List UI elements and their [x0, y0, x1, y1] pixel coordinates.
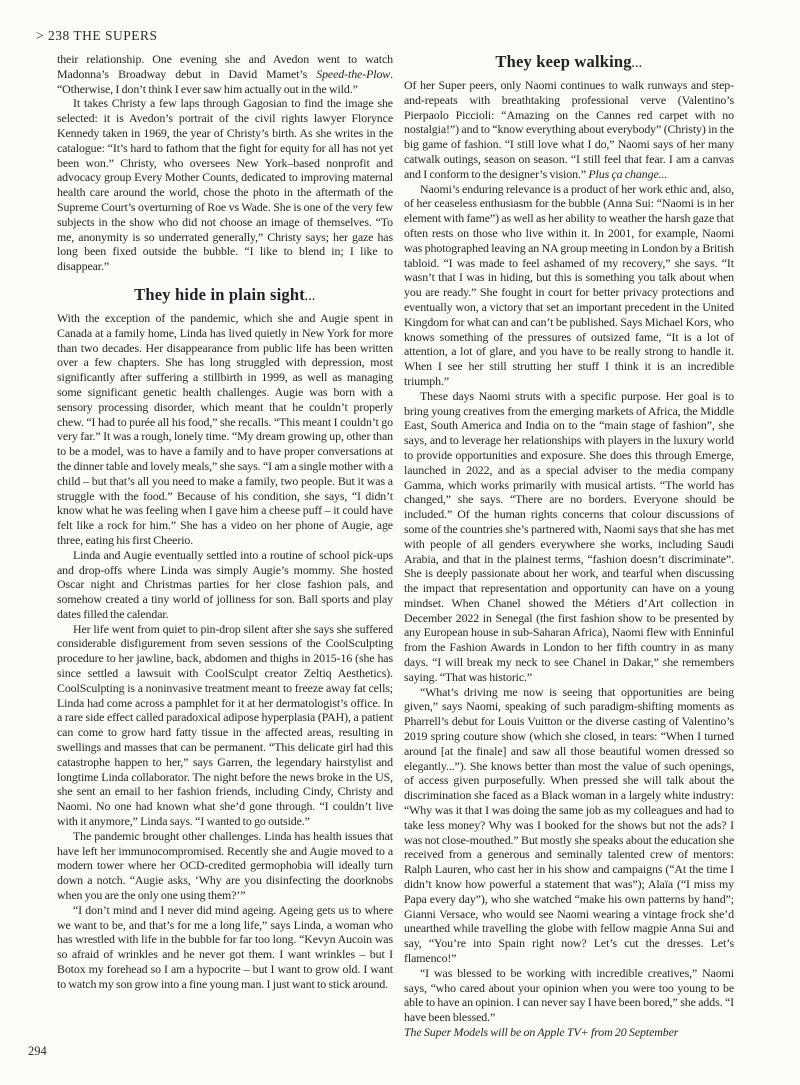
- paragraph: Of her Super peers, only Naomi continues…: [404, 78, 734, 182]
- paragraph: “I was blessed to be working with incred…: [404, 966, 734, 1025]
- page-number: 294: [28, 1044, 47, 1059]
- paragraph: It takes Christy a few laps through Gago…: [57, 96, 393, 274]
- paragraph: “What’s driving me now is seeing that op…: [404, 685, 734, 966]
- section-heading-they-hide: They hide in plain sight...: [57, 285, 393, 308]
- paragraph: The pandemic brought other challenges. L…: [57, 829, 393, 903]
- running-header: > 238 THE SUPERS: [36, 28, 158, 44]
- section-heading-they-keep-walking: They keep walking...: [404, 52, 734, 75]
- credit-line: The Super Models will be on Apple TV+ fr…: [404, 1025, 734, 1040]
- paragraph: With the exception of the pandemic, whic…: [57, 311, 393, 548]
- paragraph: their relationship. One evening she and …: [57, 52, 393, 96]
- paragraph: Linda and Augie eventually settled into …: [57, 548, 393, 622]
- heading-ellipsis: ...: [632, 59, 643, 70]
- right-column: They keep walking... Of her Super peers,…: [404, 52, 734, 1057]
- paragraph: “I don’t mind and I never did mind agein…: [57, 903, 393, 992]
- paragraph: Naomi’s enduring relevance is a product …: [404, 182, 734, 389]
- magazine-page: > 238 THE SUPERS their relationship. One…: [0, 0, 800, 1085]
- left-column: their relationship. One evening she and …: [57, 52, 393, 1057]
- heading-text: They hide in plain sight: [134, 285, 305, 304]
- heading-ellipsis: ...: [305, 292, 316, 303]
- paragraph: Her life went from quiet to pin-drop sil…: [57, 622, 393, 829]
- heading-text: They keep walking: [495, 52, 631, 71]
- paragraph: These days Naomi struts with a specific …: [404, 389, 734, 685]
